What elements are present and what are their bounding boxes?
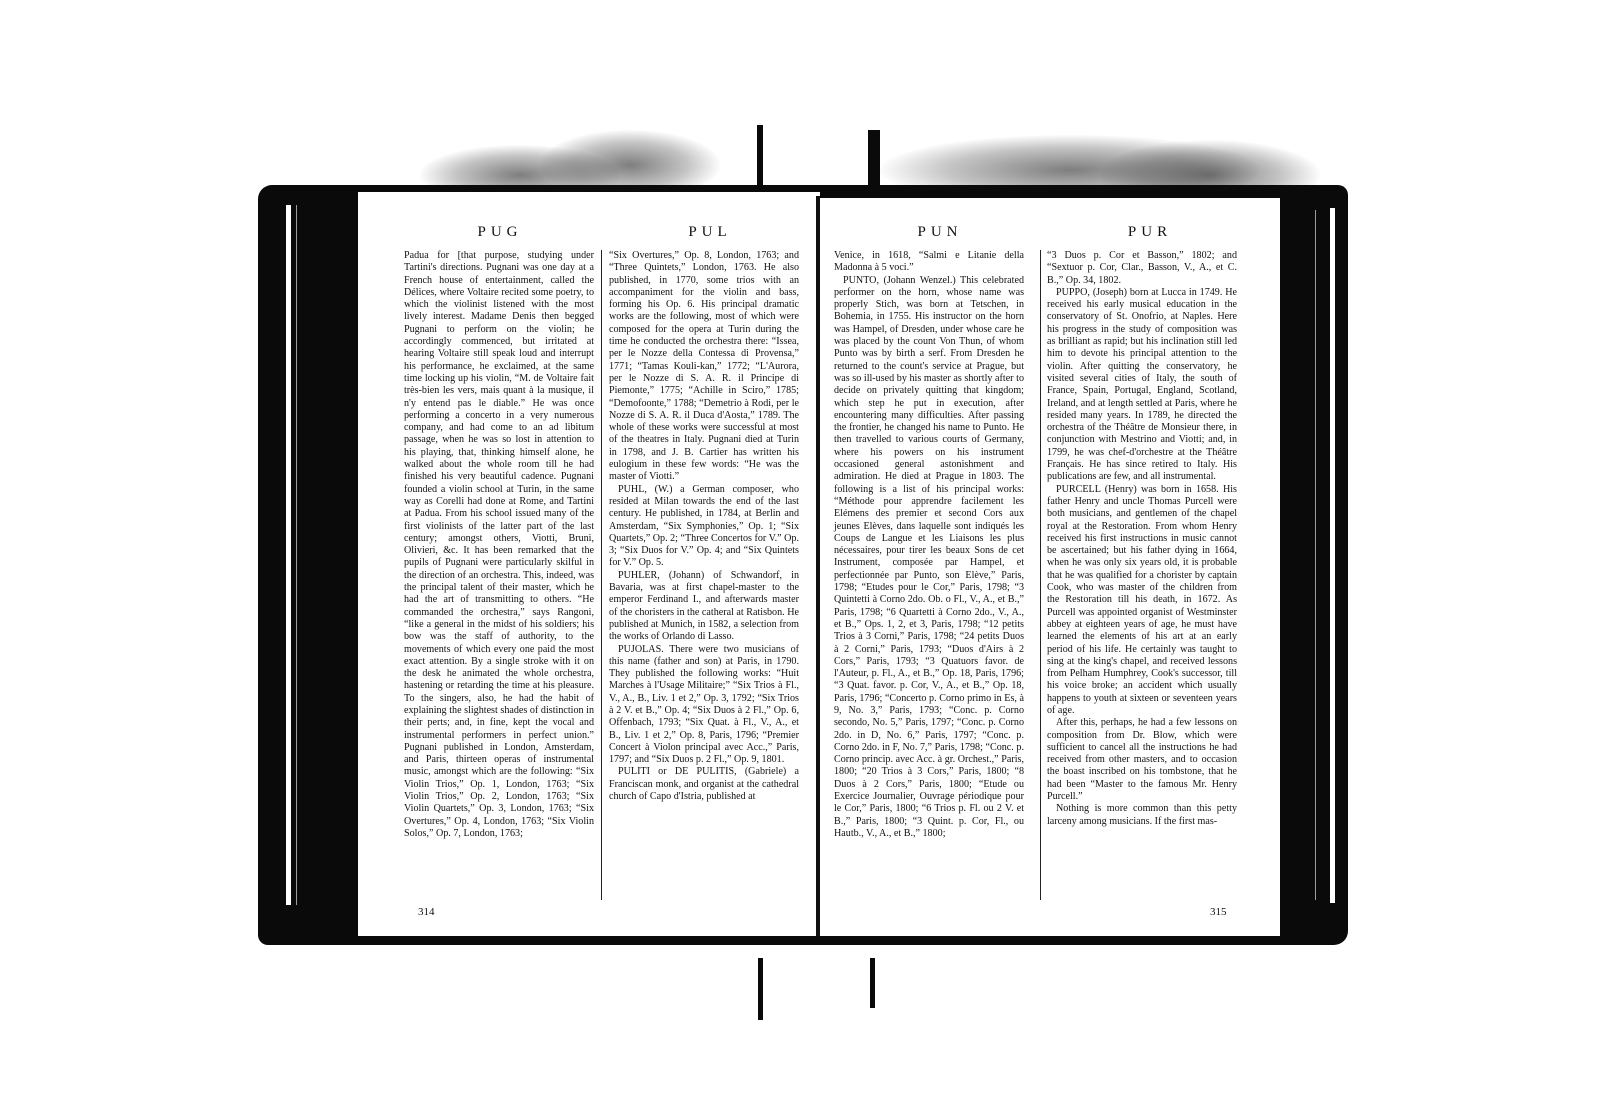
running-head: PUL <box>615 224 805 241</box>
text-column: Padua for [that purpose, studying under … <box>404 250 594 840</box>
paragraph: “3 Duos p. Cor et Basson,” 1802; and “Se… <box>1047 250 1237 287</box>
book-scan: PUG PUL PUN PUR Padua for [that purpose,… <box>0 0 1600 1095</box>
page-number: 315 <box>1210 906 1227 918</box>
paragraph: PUPPO, (Joseph) born at Lucca in 1749. H… <box>1047 287 1237 484</box>
column-rule <box>1040 250 1041 900</box>
paragraph: PUNTO, (Johann Wenzel.) This celebrated … <box>834 275 1024 841</box>
paragraph: PULITI or DE PULITIS, (Gabriele) a Franc… <box>609 766 799 803</box>
paragraph: PURCELL (Henry) was born in 1658. His fa… <box>1047 484 1237 718</box>
paragraph: After this, perhaps, he had a few lesson… <box>1047 717 1237 803</box>
paragraph: Venice, in 1618, “Salmi e Litanie della … <box>834 250 1024 275</box>
clasp-top-right <box>868 130 880 190</box>
cover-edge-highlight <box>296 205 297 905</box>
running-head: PUG <box>405 224 595 241</box>
text-column: “Six Overtures,” Op. 8, London, 1763; an… <box>609 250 799 803</box>
clasp-top-left <box>757 125 763 190</box>
cover-edge-highlight <box>286 205 291 905</box>
running-head: PUR <box>1055 224 1245 241</box>
running-head: PUN <box>845 224 1035 241</box>
cover-edge-highlight <box>1330 208 1335 903</box>
cover-edge-highlight <box>1315 210 1316 900</box>
text-column: Venice, in 1618, “Salmi e Litanie della … <box>834 250 1024 840</box>
paragraph: “Six Overtures,” Op. 8, London, 1763; an… <box>609 250 799 484</box>
clasp-bottom-right <box>870 958 875 1008</box>
paragraph: PUJOLAS. There were two musicians of thi… <box>609 644 799 767</box>
clasp-bottom-left <box>758 958 763 1020</box>
column-rule <box>601 250 602 900</box>
paragraph: Nothing is more common than this petty l… <box>1047 803 1237 828</box>
book-gutter <box>816 196 820 936</box>
paragraph: PUHL, (W.) a German composer, who reside… <box>609 484 799 570</box>
page-number: 314 <box>418 906 435 918</box>
paragraph: PUHLER, (Johann) of Schwandorf, in Bavar… <box>609 570 799 644</box>
text-column: “3 Duos p. Cor et Basson,” 1802; and “Se… <box>1047 250 1237 828</box>
paragraph: Padua for [that purpose, studying under … <box>404 250 594 840</box>
